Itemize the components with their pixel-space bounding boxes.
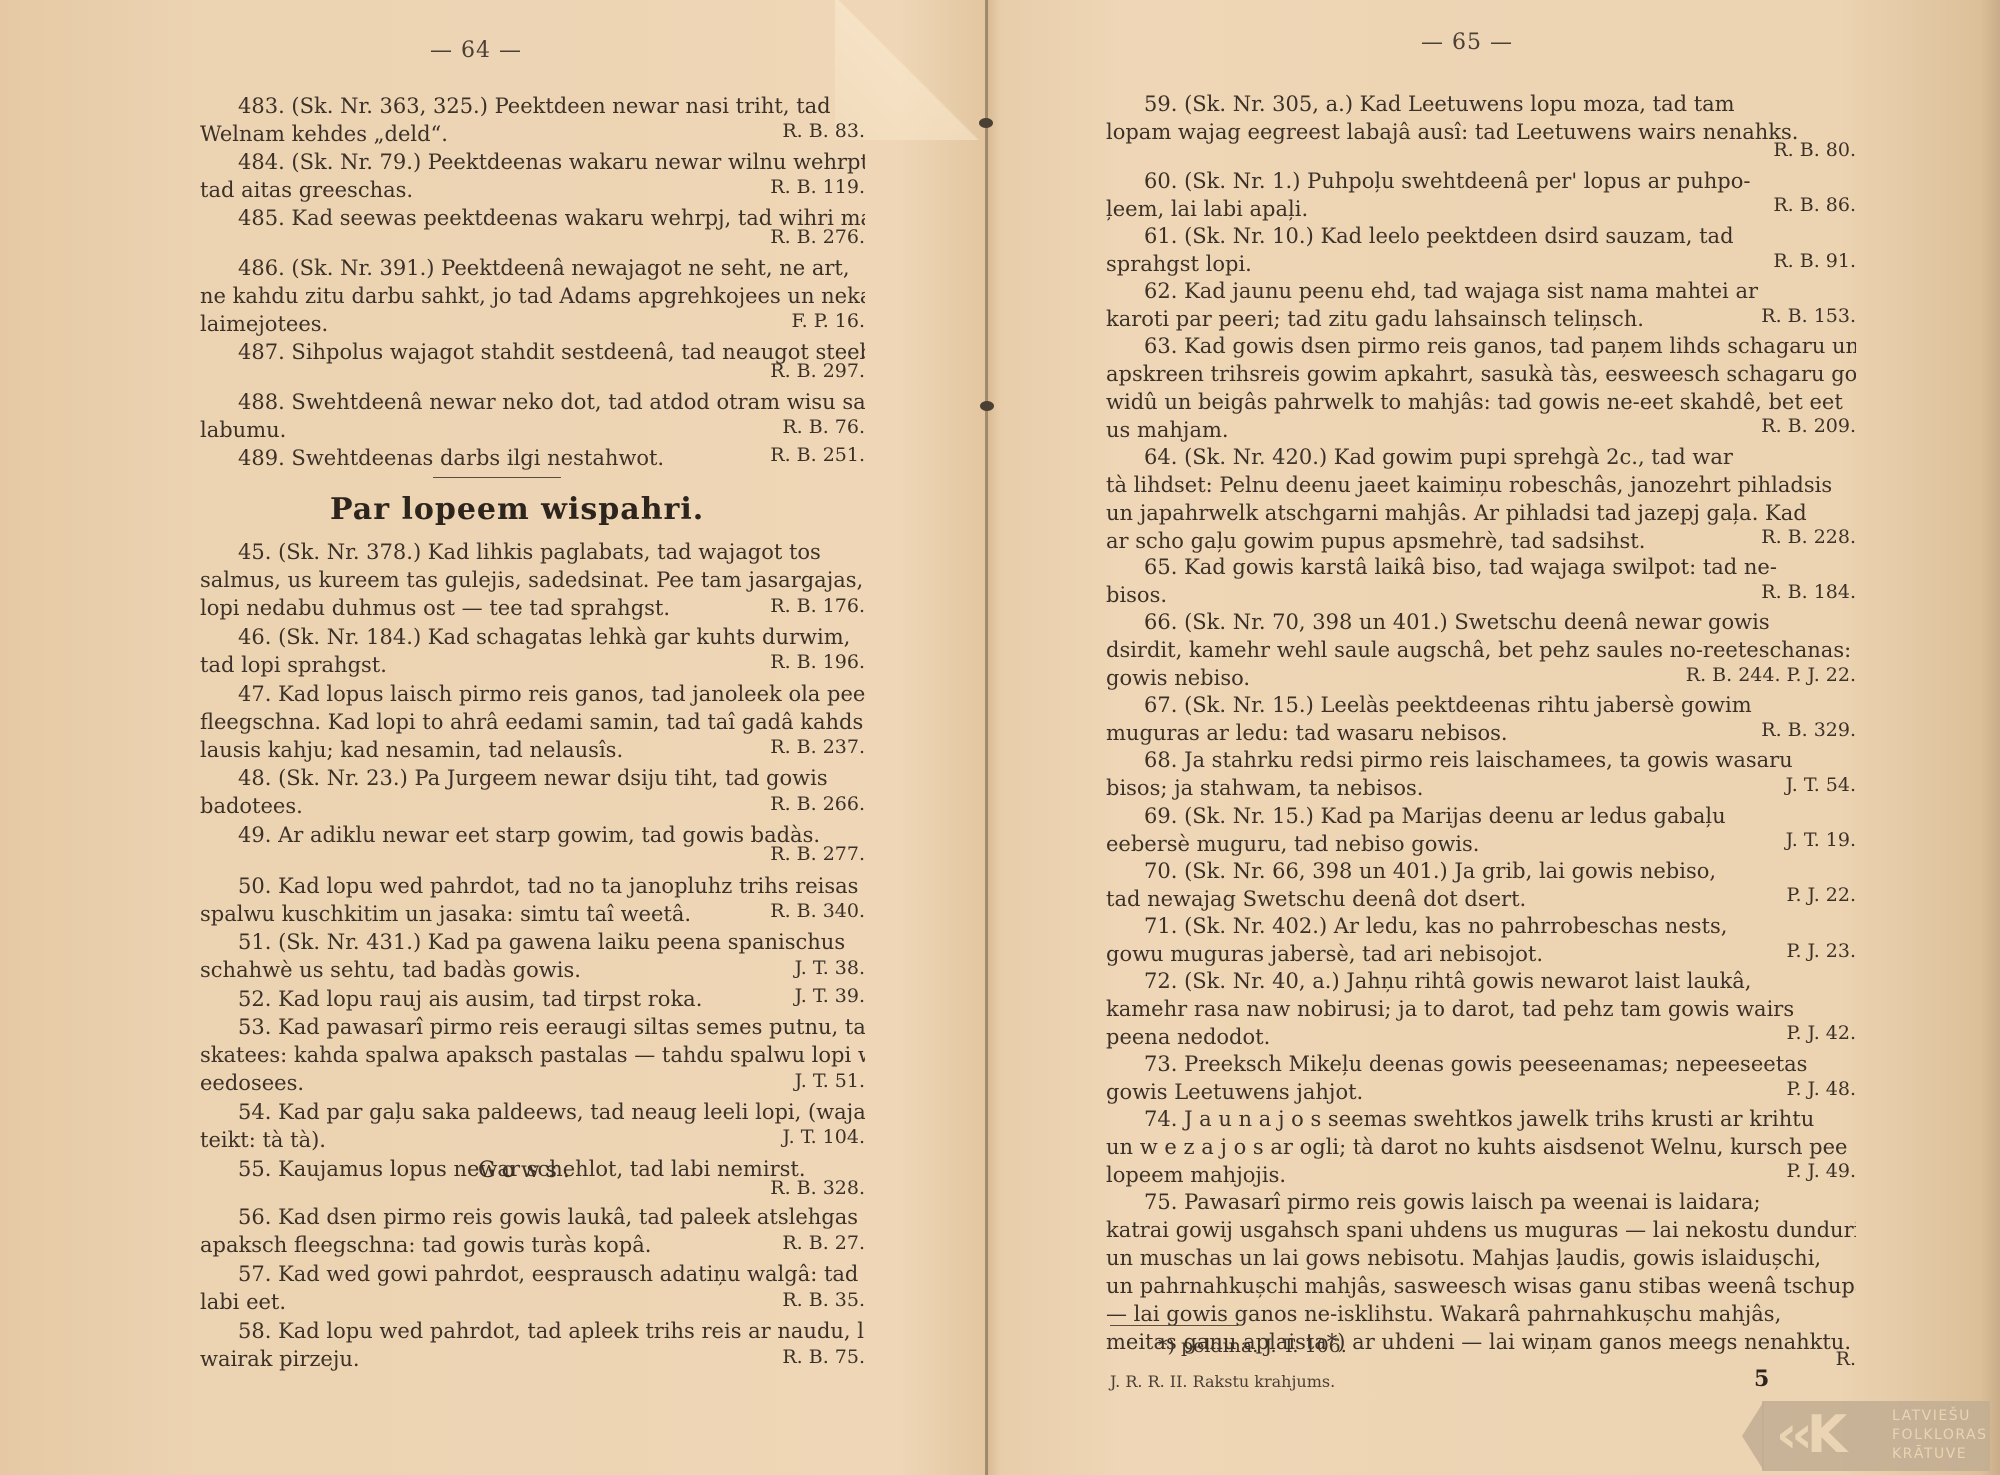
entry-item: 71. (Sk. Nr. 402.) Ar ledu, kas no pahrr… [1106, 912, 1856, 968]
entry-text-line: 62. Kad jaunu peenu ehd, tad wajaga sist… [1106, 277, 1856, 305]
entry-text-line: tad newajag Swetschu deenâ dot dsert. [1106, 885, 1856, 913]
entry-text-line: 488. Swehtdeenâ newar neko dot, tad atdo… [200, 388, 865, 416]
entry-text-line: tad lopi sprahgst. [200, 651, 865, 679]
entry-text-line: fleegschna. Kad lopi to ahrâ eedami sami… [200, 708, 865, 736]
source-reference: R. B. 176. [770, 595, 865, 617]
entry-text-line: gowu muguras jabersè, tad ari nebisojot. [1106, 940, 1856, 968]
entry-text-line: un w e z a j o s ar ogli; tà darot no ku… [1106, 1133, 1856, 1161]
entry-text-line: katrai gowij usgahsch spani uhdens us mu… [1106, 1216, 1856, 1244]
entry-text-line: salmus, us kureem tas gulejis, sadedsina… [200, 566, 865, 594]
entry-text-line: — lai gowis ganos ne-isklihstu. Wakarâ p… [1106, 1300, 1856, 1328]
entry-item: 54. Kad par gaļu saka paldeews, tad neau… [200, 1098, 865, 1154]
entry-text-line: 56. Kad dsen pirmo reis gowis laukâ, tad… [200, 1203, 865, 1231]
entry-item: 62. Kad jaunu peenu ehd, tad wajaga sist… [1106, 277, 1856, 333]
source-reference: R. B. 340. [770, 900, 865, 922]
entry-item: 53. Kad pawasarî pirmo reis eeraugi silt… [200, 1013, 865, 1097]
source-reference: R. B. 228. [1761, 526, 1856, 548]
entry-item: 46. (Sk. Nr. 184.) Kad schagatas lehkà g… [200, 623, 865, 679]
entry-text-line: 63. Kad gowis dsen pirmo reis ganos, tad… [1106, 332, 1856, 360]
entry-text-line: kamehr rasa naw nobirusi; ja to darot, t… [1106, 995, 1856, 1023]
entry-text-line: 47. Kad lopus laisch pirmo reis ganos, t… [200, 680, 865, 708]
entry-text-line: 59. (Sk. Nr. 305, a.) Kad Leetuwens lopu… [1106, 90, 1856, 118]
entry-text-line: dsirdit, kamehr wehl saule augschâ, bet … [1106, 636, 1856, 664]
entry-item: 56. Kad dsen pirmo reis gowis laukâ, tad… [200, 1203, 865, 1259]
entry-text-line: 484. (Sk. Nr. 79.) Peektdeenas wakaru ne… [200, 148, 865, 176]
source-reference: R. B. 328. [770, 1177, 865, 1199]
entry-item: 59. (Sk. Nr. 305, a.) Kad Leetuwens lopu… [1106, 90, 1856, 146]
entry-item: 488. Swehtdeenâ newar neko dot, tad atdo… [200, 388, 865, 444]
entry-text-line: 53. Kad pawasarî pirmo reis eeraugi silt… [200, 1013, 865, 1041]
entry-text-line: 72. (Sk. Nr. 40, a.) Jahņu rihtâ gowis n… [1106, 967, 1856, 995]
source-reference: R. B. 75. [782, 1346, 865, 1368]
entry-item: 52. Kad lopu rauj ais ausim, tad tirpst … [200, 985, 865, 1013]
source-reference: F. P. 16. [791, 310, 865, 332]
entry-text-line: badotees. [200, 792, 865, 820]
logo-chevron-k-icon: ‹‹K [1776, 1405, 1841, 1465]
entry-text-line: 69. (Sk. Nr. 15.) Kad pa Marijas deenu a… [1106, 802, 1856, 830]
source-reference: R. B. 80. [1773, 139, 1856, 161]
source-reference: R. B. 119. [770, 176, 865, 198]
footnote: *) peldina. J. T. 106. [1158, 1335, 1347, 1357]
source-reference: J. T. 51. [795, 1070, 865, 1092]
source-reference: R. [1836, 1348, 1856, 1370]
entry-text-line: 485. Kad seewas peektdeenas wakaru wehrp… [200, 204, 865, 232]
entry-text-line: 64. (Sk. Nr. 420.) Kad gowim pupi sprehg… [1106, 443, 1856, 471]
entry-text-line: widû un beigâs pahrwelk to mahjâs: tad g… [1106, 388, 1856, 416]
section-divider [433, 477, 561, 478]
entry-text-line: eebersè muguru, tad nebiso gowis. [1106, 830, 1856, 858]
entry-text-line: schahwè us sehtu, tad badàs gowis. [200, 956, 865, 984]
entry-text-line: sprahgst lopi. [1106, 250, 1856, 278]
source-reference: R. B. 76. [782, 416, 865, 438]
entry-text-line: labumu. [200, 416, 865, 444]
entry-text-line: 45. (Sk. Nr. 378.) Kad lihkis paglabats,… [200, 538, 865, 566]
source-reference: R. B. 153. [1761, 305, 1856, 327]
lfk-watermark-logo: ‹‹K LATVIEŠU FOLKLORAS KRĀTUVE [1742, 1393, 2000, 1475]
source-reference: J. T. 39. [795, 985, 865, 1007]
entry-text-line: apskreen trihsreis gowim apkahrt, sasukà… [1106, 360, 1856, 388]
entry-text-line: lopi nedabu duhmus ost — tee tad sprahgs… [200, 594, 865, 622]
entry-text-line: Welnam kehdes „deld“. [200, 120, 865, 148]
entry-item: 49. Ar adiklu newar eet starp gowim, tad… [200, 821, 865, 849]
entry-item: 73. Preeksch Mikeļu deenas gowis peeseen… [1106, 1050, 1856, 1106]
entry-text-line: 73. Preeksch Mikeļu deenas gowis peeseen… [1106, 1050, 1856, 1078]
entry-text-line: 74. J a u n a j o s seemas swehtkos jawe… [1106, 1105, 1856, 1133]
entry-text-line: bisos. [1106, 581, 1856, 609]
source-reference: R. B. 329. [1761, 719, 1856, 741]
entry-item: 74. J a u n a j o s seemas swehtkos jawe… [1106, 1105, 1856, 1189]
entry-item: 489. Swehtdeenas darbs ilgi nestahwot. [200, 444, 865, 472]
source-reference: R. B. 297. [770, 360, 865, 382]
entry-text-line: 486. (Sk. Nr. 391.) Peektdeenâ newajagot… [200, 254, 865, 282]
entry-text-line: peena nedodot. [1106, 1023, 1856, 1051]
entry-text-line: 61. (Sk. Nr. 10.) Kad leelo peektdeen ds… [1106, 222, 1856, 250]
entry-item: 58. Kad lopu wed pahrdot, tad apleek tri… [200, 1317, 865, 1373]
entry-text-line: bisos; ja stahwam, ta nebisos. [1106, 774, 1856, 802]
entry-item: 47. Kad lopus laisch pirmo reis ganos, t… [200, 680, 865, 764]
section-heading: Par lopeem wispahri. [330, 492, 704, 527]
source-reference: R. B. 277. [770, 843, 865, 865]
entry-text-line: 70. (Sk. Nr. 66, 398 un 401.) Ja grib, l… [1106, 857, 1856, 885]
entry-text-line: spalwu kuschkitim un jasaka: simtu taî w… [200, 900, 865, 928]
entry-text-line: ne kahdu zitu darbu sahkt, jo tad Adams … [200, 282, 865, 310]
entry-text-line: skatees: kahda spalwa apaksch pastalas —… [200, 1041, 865, 1069]
entry-item: 67. (Sk. Nr. 15.) Leelàs peektdeenas rih… [1106, 691, 1856, 747]
entry-item: 64. (Sk. Nr. 420.) Kad gowim pupi sprehg… [1106, 443, 1856, 555]
entry-text-line: lausis kahju; kad nesamin, tad nelausîs. [200, 736, 865, 764]
source-reference: R. B. 276. [770, 226, 865, 248]
source-reference: R. B. 266. [770, 793, 865, 815]
logo-arrow-shape [1742, 1401, 1764, 1471]
entry-text-line: 487. Sihpolus wajagot stahdit sestdeenâ,… [200, 338, 865, 366]
entry-text-line: un pahrnahkușchi mahjâs, sasweesch wisas… [1106, 1272, 1856, 1300]
entry-text-line: eedosees. [200, 1069, 865, 1097]
entry-item: 487. Sihpolus wajagot stahdit sestdeenâ,… [200, 338, 865, 366]
entry-text-line: 60. (Sk. Nr. 1.) Puhpoļu swehtdeenâ per'… [1106, 167, 1856, 195]
entry-text-line: tà lihdset: Pelnu deenu jaeet kaimiņu ro… [1106, 471, 1856, 499]
entry-text-line: us mahjam. [1106, 416, 1856, 444]
entry-text-line: 66. (Sk. Nr. 70, 398 un 401.) Swetschu d… [1106, 608, 1856, 636]
right-page: — 65 — 59. (Sk. Nr. 305, a.) Kad Leetuwe… [988, 0, 2000, 1475]
entry-text-line: 57. Kad wed gowi pahrdot, eesprausch ada… [200, 1260, 865, 1288]
entry-text-line: 52. Kad lopu rauj ais ausim, tad tirpst … [200, 985, 865, 1013]
entry-text-line: 75. Pawasarî pirmo reis gowis laisch pa … [1106, 1188, 1856, 1216]
entry-text-line: 68. Ja stahrku redsi pirmo reis laischam… [1106, 746, 1856, 774]
source-reference: J. T. 104. [783, 1126, 866, 1148]
page-number-64: — 64 — [430, 38, 522, 63]
source-reference: P. J. 23. [1787, 940, 1856, 962]
source-reference: R. B. 35. [782, 1289, 865, 1311]
entry-text-line: teikt: tà tà). [200, 1126, 865, 1154]
source-reference: J. T. 54. [1786, 774, 1856, 796]
entry-text-line: 483. (Sk. Nr. 363, 325.) Peektdeen newar… [200, 92, 865, 120]
entry-text-line: lopam wajag eegreest labajâ ausî: tad Le… [1106, 118, 1856, 146]
entry-text-line: 489. Swehtdeenas darbs ilgi nestahwot. [200, 444, 865, 472]
entry-text-line: 49. Ar adiklu newar eet starp gowim, tad… [200, 821, 865, 849]
entry-text-line: 46. (Sk. Nr. 184.) Kad schagatas lehkà g… [200, 623, 865, 651]
entry-item: 51. (Sk. Nr. 431.) Kad pa gawena laiku p… [200, 928, 865, 984]
source-reference: P. J. 48. [1787, 1078, 1856, 1100]
entry-text-line: gowis Leetuwens jahjot. [1106, 1078, 1856, 1106]
entry-item: 70. (Sk. Nr. 66, 398 un 401.) Ja grib, l… [1106, 857, 1856, 913]
source-reference: R. B. 27. [782, 1232, 865, 1254]
entry-text-line: un muschas un lai gows nebisotu. Mahjas … [1106, 1244, 1856, 1272]
entry-item: 65. Kad gowis karstâ laikâ biso, tad waj… [1106, 553, 1856, 609]
entry-item: 57. Kad wed gowi pahrdot, eesprausch ada… [200, 1260, 865, 1316]
entry-item: 45. (Sk. Nr. 378.) Kad lihkis paglabats,… [200, 538, 865, 622]
entry-item: 72. (Sk. Nr. 40, a.) Jahņu rihtâ gowis n… [1106, 967, 1856, 1051]
source-reference: R. B. 251. [770, 444, 865, 466]
entry-text-line: 65. Kad gowis karstâ laikâ biso, tad waj… [1106, 553, 1856, 581]
source-reference: R. B. 184. [1761, 581, 1856, 603]
signature-line: J. R. R. II. Rakstu krahjums. [1110, 1372, 1335, 1391]
page-number-65: — 65 — [1421, 30, 1513, 55]
entry-text-line: ar scho gaļu gowim pupus apsmehrè, tad s… [1106, 527, 1856, 555]
source-reference: R. B. 244. P. J. 22. [1686, 664, 1856, 686]
source-reference: R. B. 91. [1773, 250, 1856, 272]
entry-item: 486. (Sk. Nr. 391.) Peektdeenâ newajagot… [200, 254, 865, 338]
entry-text-line: 67. (Sk. Nr. 15.) Leelàs peektdeenas rih… [1106, 691, 1856, 719]
entry-text-line: apaksch fleegschna: tad gowis turàs kopâ… [200, 1231, 865, 1259]
entry-text-line: lopeem mahjojis. [1106, 1161, 1856, 1189]
subsection-heading: Gows. [478, 1158, 576, 1183]
footnote-divider [1110, 1325, 1238, 1326]
source-reference: P. J. 42. [1787, 1022, 1856, 1044]
entry-item: 484. (Sk. Nr. 79.) Peektdeenas wakaru ne… [200, 148, 865, 204]
source-reference: J. T. 19. [1786, 829, 1856, 851]
logo-text: LATVIEŠU FOLKLORAS KRĀTUVE [1892, 1407, 1988, 1464]
entry-text-line: 54. Kad par gaļu saka paldeews, tad neau… [200, 1098, 865, 1126]
entry-item: 483. (Sk. Nr. 363, 325.) Peektdeen newar… [200, 92, 865, 148]
entry-text-line: ļeem, lai labi apaļi. [1106, 195, 1856, 223]
source-reference: R. B. 86. [1773, 194, 1856, 216]
entry-text-line: 48. (Sk. Nr. 23.) Pa Jurgeem newar dsiju… [200, 764, 865, 792]
entry-item: 68. Ja stahrku redsi pirmo reis laischam… [1106, 746, 1856, 802]
left-page: — 64 — 483. (Sk. Nr. 363, 325.) Peektdee… [0, 0, 985, 1475]
entry-text-line: laimejotees. [200, 310, 865, 338]
entry-text-line: labi eet. [200, 1288, 865, 1316]
source-reference: J. T. 38. [795, 957, 865, 979]
sheet-number: 5 [1754, 1366, 1769, 1392]
logo-line-1: LATVIEŠU [1892, 1407, 1988, 1426]
entry-text-line: un japahrwelk atschgarni mahjâs. Ar pihl… [1106, 499, 1856, 527]
source-reference: R. B. 209. [1761, 415, 1856, 437]
source-reference: R. B. 83. [782, 120, 865, 142]
logo-line-3: KRĀTUVE [1892, 1445, 1988, 1464]
entry-item: 75. Pawasarî pirmo reis gowis laisch pa … [1106, 1188, 1856, 1356]
entry-text-line: 51. (Sk. Nr. 431.) Kad pa gawena laiku p… [200, 928, 865, 956]
entry-item: 61. (Sk. Nr. 10.) Kad leelo peektdeen ds… [1106, 222, 1856, 278]
entry-text-line: karoti par peeri; tad zitu gadu lahsains… [1106, 305, 1856, 333]
entry-text-line: muguras ar ledu: tad wasaru nebisos. [1106, 719, 1856, 747]
entry-text-line: 71. (Sk. Nr. 402.) Ar ledu, kas no pahrr… [1106, 912, 1856, 940]
entry-text-line: wairak pirzeju. [200, 1345, 865, 1373]
entry-item: 50. Kad lopu wed pahrdot, tad no ta jano… [200, 872, 865, 928]
logo-line-2: FOLKLORAS [1892, 1426, 1988, 1445]
entry-item: 69. (Sk. Nr. 15.) Kad pa Marijas deenu a… [1106, 802, 1856, 858]
entry-item: 485. Kad seewas peektdeenas wakaru wehrp… [200, 204, 865, 232]
entry-item: 60. (Sk. Nr. 1.) Puhpoļu swehtdeenâ per'… [1106, 167, 1856, 223]
source-reference: R. B. 196. [770, 651, 865, 673]
source-reference: P. J. 49. [1787, 1160, 1856, 1182]
entry-item: 48. (Sk. Nr. 23.) Pa Jurgeem newar dsiju… [200, 764, 865, 820]
entry-text-line: 58. Kad lopu wed pahrdot, tad apleek tri… [200, 1317, 865, 1345]
entry-text-line: 50. Kad lopu wed pahrdot, tad no ta jano… [200, 872, 865, 900]
source-reference: P. J. 22. [1787, 884, 1856, 906]
source-reference: R. B. 237. [770, 736, 865, 758]
entry-item: 63. Kad gowis dsen pirmo reis ganos, tad… [1106, 332, 1856, 444]
entry-text-line: tad aitas greeschas. [200, 176, 865, 204]
